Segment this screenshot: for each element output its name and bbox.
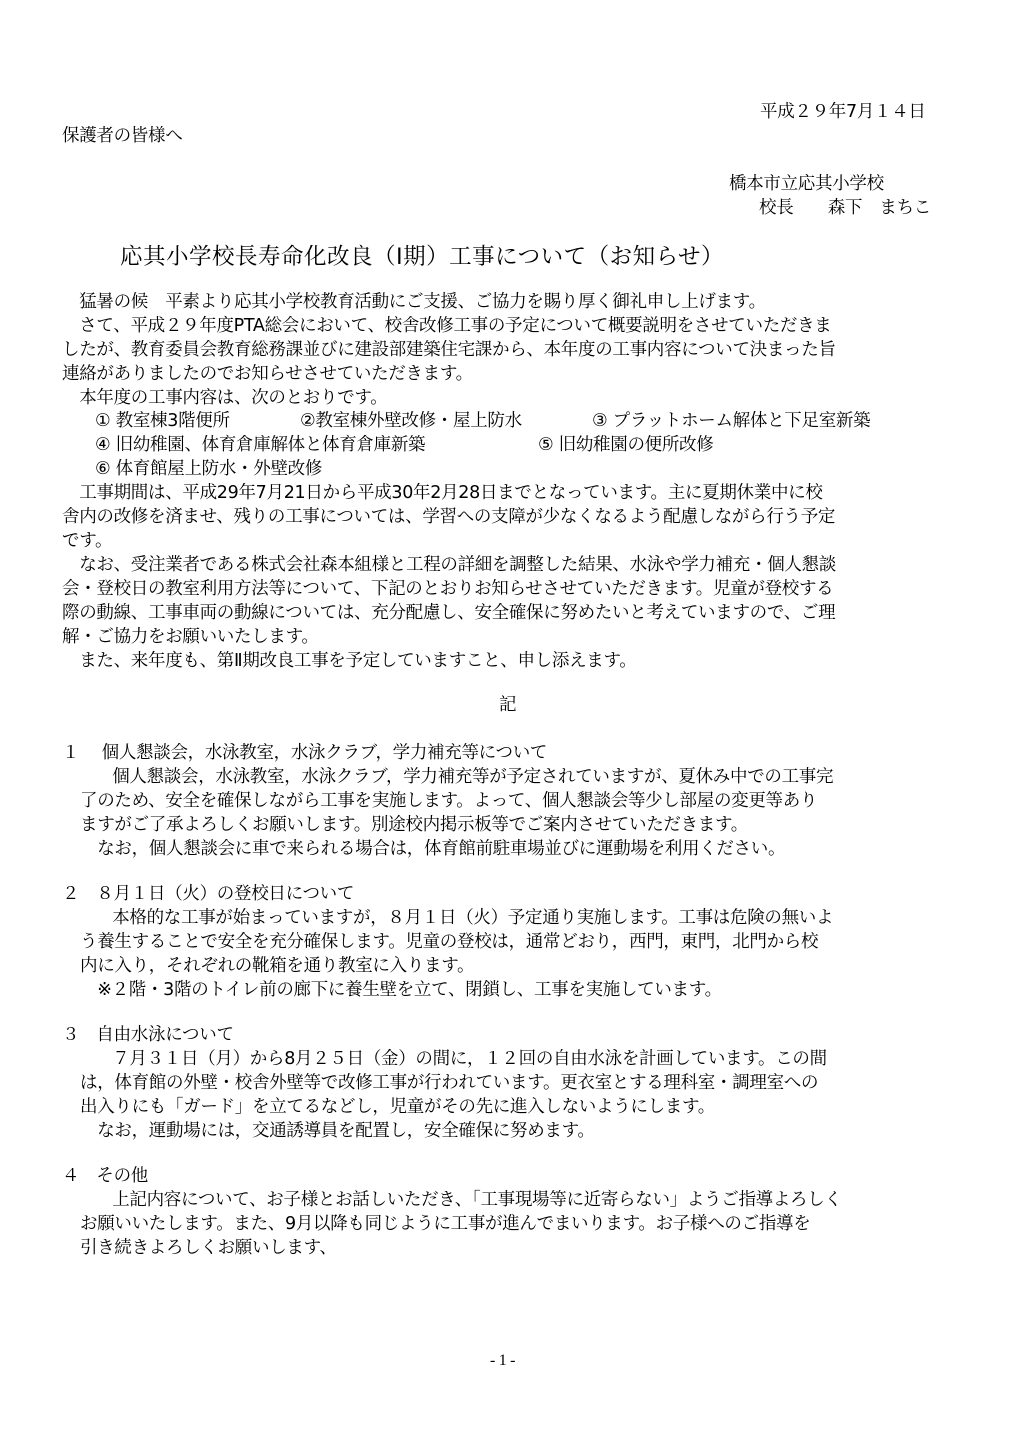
text-line: 解・ご協力をお願いいたします。 <box>62 625 319 649</box>
text-line: 際の動線、工事車両の動線については、充分配慮し、安全確保に努めたいと考えています… <box>62 601 835 625</box>
work-item: ②教室棟外壁改修・屋上防水 <box>300 409 522 433</box>
text-line: 内に入り，それぞれの靴箱を通り教室に入ります。 <box>80 954 474 978</box>
page-number: - 1 - <box>490 1349 515 1373</box>
text-line: 会・登校日の教室利用方法等について、下記のとおりお知らせさせていただきます。児童… <box>62 577 833 601</box>
section-heading: ４ その他 <box>62 1164 148 1188</box>
work-item: ④ 旧幼稚園、体育倉庫解体と体育倉庫新築 <box>95 433 425 457</box>
text-line: なお、受注業者である株式会社森本組様と工程の詳細を調整した結果、水泳や学力補充・… <box>62 553 836 577</box>
text-line: ※２階・3階のトイレ前の廊下に養生壁を立て、閉鎖し、工事を実施しています。 <box>80 978 722 1002</box>
text-line: う養生することで安全を充分確保します。児童の登校は，通常どおり，西門，東門，北門… <box>80 930 818 954</box>
document-date: 平成２９年7月１４日 <box>760 100 926 124</box>
text-line: ７月３１日（月）から8月２５日（金）の間に，１２回の自由水泳を計画しています。こ… <box>95 1047 827 1071</box>
section-heading: １ 個人懇談会，水泳教室，水泳クラブ，学力補充等について <box>62 741 547 765</box>
text-line: ますがご了承よろしくお願いします。別途校内掲示板等でご案内させていただきます。 <box>80 813 748 837</box>
text-line: 本年度の工事内容は、次のとおりです。 <box>62 386 387 410</box>
text-line: 了のため、安全を確保しながら工事を実施します。よって、個人懇談会等少し部屋の変更… <box>80 789 817 813</box>
text-line: 出入りにも「ガード」を立てるなどし，児童がその先に進入しないようにします。 <box>80 1095 715 1119</box>
document-title: 応其小学校長寿命化改良（Ⅰ期）工事について（お知らせ） <box>120 242 724 272</box>
ki-marker: 記 <box>499 693 516 717</box>
sender-organization: 橋本市立応其小学校 <box>729 172 884 196</box>
text-line: なお，運動場には，交通誘導員を配置し，安全確保に努めます。 <box>80 1119 595 1143</box>
text-line: 舎内の改修を済ませ、残りの工事については、学習への支障が少なくなるよう配慮しなが… <box>62 505 835 529</box>
text-line: です。 <box>62 529 112 553</box>
text-line: 上記内容について、お子様とお話しいただき、「工事現場等に近寄らない」ようご指導よ… <box>95 1188 842 1212</box>
work-item: ① 教室棟3階便所 <box>95 409 230 433</box>
section-heading: ２ ８月１日（火）の登校日について <box>62 882 354 906</box>
text-line: 本格的な工事が始まっていますが，８月１日（火）予定通り実施します。工事は危険の無… <box>95 906 833 930</box>
work-item: ③ プラットホーム解体と下足室新築 <box>592 409 870 433</box>
text-line: 引き続きよろしくお願いします、 <box>80 1236 337 1260</box>
section-heading: ３ 自由水泳について <box>62 1023 234 1047</box>
work-item: ⑥ 体育館屋上防水・外壁改修 <box>95 457 322 481</box>
text-line: また、来年度も、第Ⅱ期改良工事を予定していますこと、申し添えます。 <box>62 649 637 673</box>
sender-name: 校長 森下 まちこ <box>759 196 931 220</box>
text-line: は，体育館の外壁・校舎外壁等で改修工事が行われています。更衣室とする理科室・調理… <box>80 1071 818 1095</box>
text-line: お願いいたします。また、9月以降も同じように工事が進んでまいります。お子様へのご… <box>80 1212 810 1236</box>
text-line: 工事期間は、平成29年7月21日から平成30年2月28日までとなっています。主に… <box>62 481 823 505</box>
text-line: 連絡がありましたのでお知らせさせていただきます。 <box>62 362 473 386</box>
text-line: 猛暑の候 平素より応其小学校教育活動にご支援、ご協力を賜り厚く御礼申し上げます。 <box>62 290 766 314</box>
text-line: なお，個人懇談会に車で来られる場合は，体育館前駐車場並びに運動場を利用ください。 <box>80 837 785 861</box>
text-line: さて、平成２９年度PTA総会において、校舎改修工事の予定について概要説明をさせて… <box>62 314 832 338</box>
text-line: 個人懇談会，水泳教室，水泳クラブ，学力補充等が予定されていますが、夏休み中での工… <box>95 765 833 789</box>
text-line: したが、教育委員会教育総務課並びに建設部建築住宅課から、本年度の工事内容について… <box>62 338 836 362</box>
work-item: ⑤ 旧幼稚園の便所改修 <box>538 433 713 457</box>
addressee: 保護者の皆様へ <box>62 124 182 148</box>
